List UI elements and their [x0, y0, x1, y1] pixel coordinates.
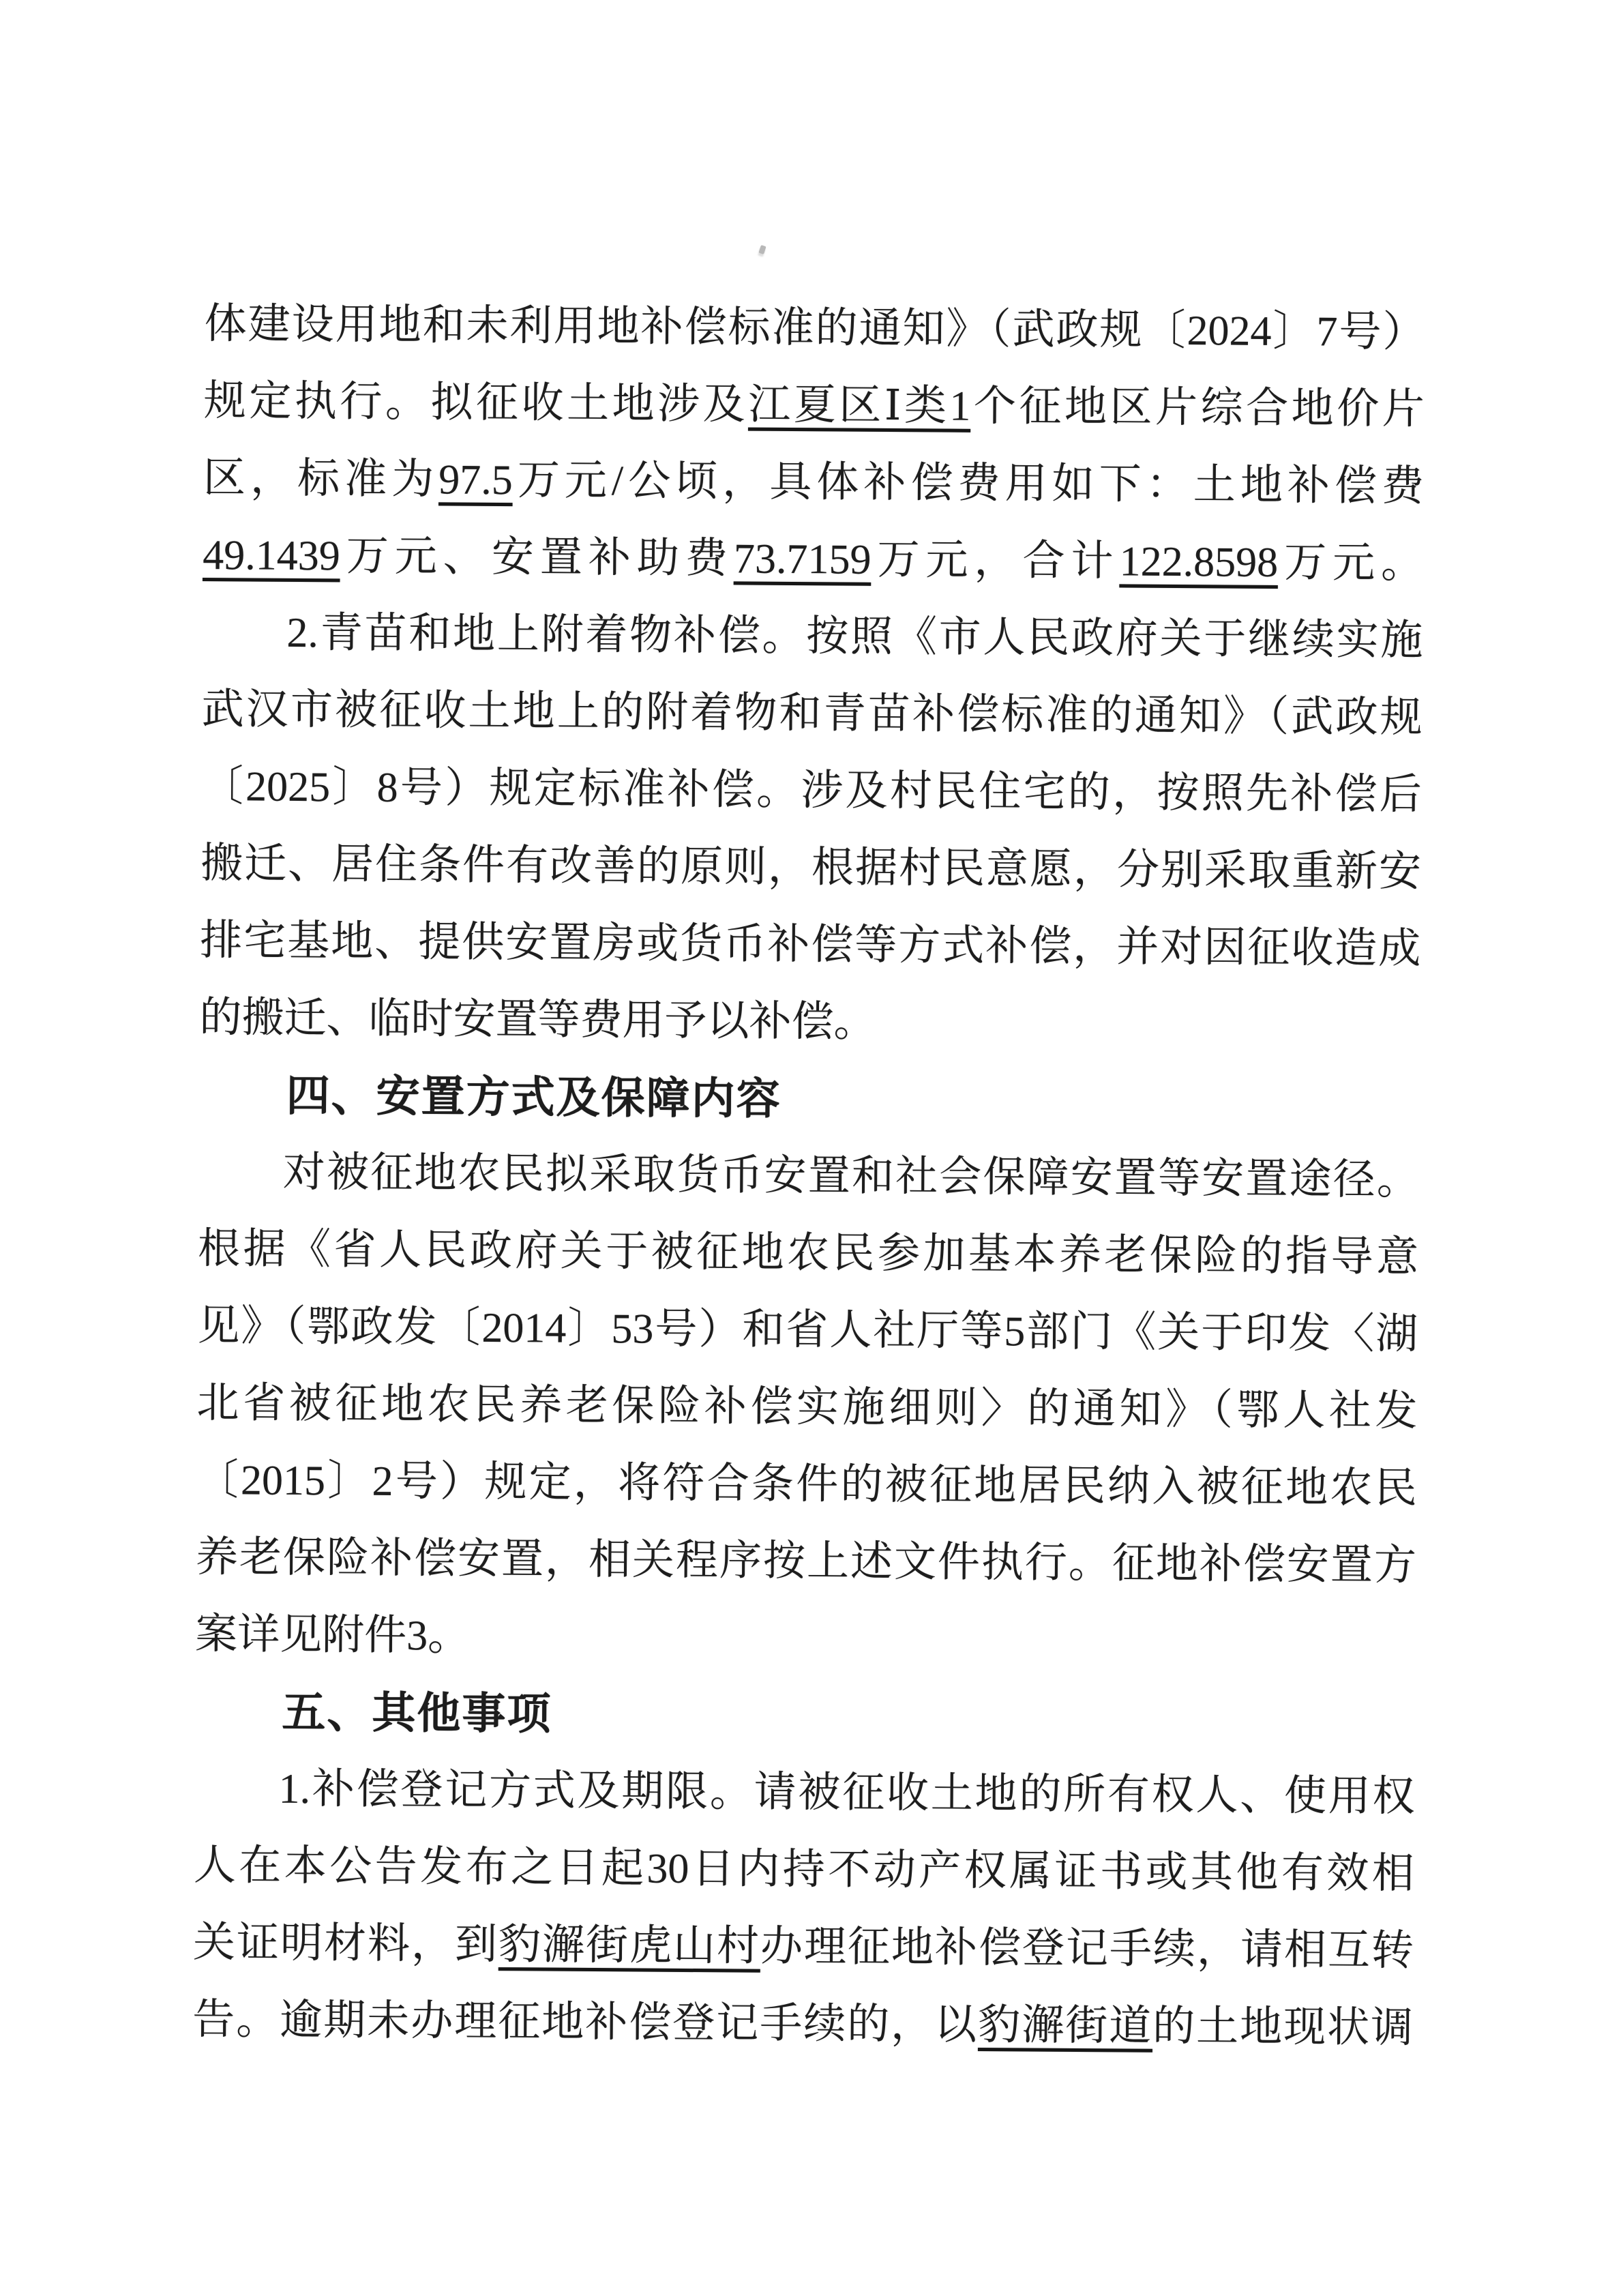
text-run: 养老保险补偿安置，相关程序按上述文件执行。征地补偿安置方 [196, 1534, 1416, 1589]
document-text-block: 体建设用地和未利用地补偿标准的通知》（武政规〔2024〕7号）规定执行。拟征收土… [192, 286, 1425, 2067]
text-line-15: 北省被征地农民养老保险补偿实施细则〉的通知》（鄂人社发 [196, 1365, 1418, 1450]
text-run: 体建设用地和未利用地补偿标准的通知》（武政规〔2024〕7号） [204, 301, 1425, 355]
text-line-07: 〔2025〕8号）规定标准补偿。涉及村民住宅的，按照先补偿后 [200, 748, 1422, 834]
text-run: 的搬迁、临时安置等费用予以补偿。 [199, 995, 876, 1046]
text-run: 2.青苗和地上附着物补偿。按照《市人民政府关于继续实施 [286, 610, 1423, 664]
text-line-13: 根据《省人民政府关于被征地农民参加基本养老保险的指导意 [198, 1211, 1419, 1296]
text-run: 人在本公告发布之日起30日内持不动产权属证书或其他有效相 [194, 1842, 1414, 1897]
text-line-18: 案详见附件3。 [195, 1596, 1416, 1681]
text-line-23: 告。逾期未办理征地补偿登记手续的，以豹澥街道的土地现状调 [192, 1982, 1414, 2067]
text-run: 〔2015〕2号）规定，将符合条件的被征地居民纳入被征地农民 [196, 1457, 1417, 1512]
text-run: 案详见附件3。 [195, 1611, 470, 1660]
text-line-02: 规定执行。拟征收土地涉及江夏区Ⅰ类1个征地区片综合地价片 [203, 363, 1425, 448]
text-line-14: 见》（鄂政发〔2014〕53号）和省人社厅等5部门《关于印发〈湖 [197, 1288, 1418, 1373]
text-line-10: 的搬迁、临时安置等费用予以补偿。 [199, 980, 1420, 1065]
text-line-12: 对被征地农民拟采取货币安置和社会保障安置等安置途径。 [198, 1134, 1420, 1219]
text-line-08: 搬迁、居住条件有改善的原则，根据村民意愿，分别采取重新安 [200, 825, 1422, 911]
text-line-16: 〔2015〕2号）规定，将符合条件的被征地居民纳入被征地农民 [196, 1442, 1417, 1527]
text-run: 1.补偿登记方式及期限。请被征收土地的所有权人、使用权 [278, 1766, 1414, 1821]
text-line-22: 关证明材料，到豹澥街虎山村办理征地补偿登记手续，请相互转 [193, 1904, 1414, 1990]
text-run: 四、安置方式及保障内容 [286, 1071, 781, 1123]
text-run: 排宅基地、提供安置房或货币补偿等方式补偿，并对因征收造成 [200, 917, 1420, 972]
section-heading-line-19: 五、其他事项 [194, 1673, 1416, 1758]
text-line-05: 2.青苗和地上附着物补偿。按照《市人民政府关于继续实施 [202, 594, 1423, 679]
text-run: 万元/公顷，具体补偿费用如下：土地补偿费 [513, 457, 1425, 510]
text-run: 告。逾期未办理征地补偿登记手续的，以 [192, 1997, 978, 2048]
text-line-06: 武汉市被征收土地上的附着物和青苗补偿标准的通知》（武政规 [201, 671, 1423, 756]
scan-speck-artifact [758, 245, 766, 254]
text-run: 的土地现状调 [1152, 2003, 1413, 2052]
underlined-text-run: 122.8598 [1119, 538, 1278, 586]
underlined-text-run: 江夏区Ⅰ类1 [748, 382, 971, 430]
text-run: 搬迁、居住条件有改善的原则，根据村民意愿，分别采取重新安 [200, 840, 1421, 895]
scanned-notice-page: 体建设用地和未利用地补偿标准的通知》（武政规〔2024〕7号）规定执行。拟征收土… [0, 0, 1623, 2296]
text-run: 关证明材料，到 [193, 1919, 498, 1968]
underlined-text-run: 97.5 [438, 456, 513, 503]
text-line-09: 排宅基地、提供安置房或货币补偿等方式补偿，并对因征收造成 [200, 902, 1421, 988]
text-line-01: 体建设用地和未利用地补偿标准的通知》（武政规〔2024〕7号） [204, 286, 1425, 371]
text-run: 五、其他事项 [282, 1688, 552, 1739]
text-run: 万元、安置补助费 [340, 533, 734, 582]
text-line-04: 49.1439万元、安置补助费73.7159万元，合计122.8598万元。 [203, 517, 1424, 602]
section-heading-line-11: 四、安置方式及保障内容 [198, 1057, 1420, 1142]
text-run: 〔2025〕8号）规定标准补偿。涉及村民住宅的，按照先补偿后 [201, 763, 1422, 818]
underlined-text-run: 73.7159 [734, 535, 872, 583]
text-run: 万元，合计 [871, 537, 1120, 585]
underlined-text-run: 49.1439 [203, 532, 340, 579]
text-line-17: 养老保险补偿安置，相关程序按上述文件执行。征地补偿安置方 [196, 1519, 1417, 1604]
text-run: 个征地区片综合地价片 [970, 383, 1425, 433]
underlined-text-run: 豹澥街道 [978, 2002, 1152, 2050]
text-line-03: 区，标准为97.5万元/公顷，具体补偿费用如下：土地补偿费 [203, 440, 1425, 525]
text-run: 见》（鄂政发〔2014〕53号）和省人社厅等5部门《关于印发〈湖 [197, 1303, 1418, 1357]
text-run: 规定执行。拟征收土地涉及 [204, 378, 749, 428]
text-run: 万元。 [1278, 540, 1424, 587]
text-run: 根据《省人民政府关于被征地农民参加基本养老保险的指导意 [198, 1226, 1418, 1280]
text-run: 对被征地农民拟采取货币安置和社会保障安置等安置途径。 [283, 1149, 1419, 1204]
text-line-21: 人在本公告发布之日起30日内持不动产权属证书或其他有效相 [193, 1827, 1414, 1913]
underlined-text-run: 豹澥街虎山村 [498, 1922, 760, 1970]
text-run: 北省被征地农民养老保险补偿实施细则〉的通知》（鄂人社发 [196, 1380, 1417, 1434]
text-run: 武汉市被征收土地上的附着物和青苗补偿标准的通知》（武政规 [201, 686, 1422, 741]
text-line-20: 1.补偿登记方式及期限。请被征收土地的所有权人、使用权 [194, 1750, 1415, 1836]
text-run: 区，标准为 [203, 455, 439, 503]
text-run: 办理征地补偿登记手续，请相互转 [760, 1924, 1414, 1975]
